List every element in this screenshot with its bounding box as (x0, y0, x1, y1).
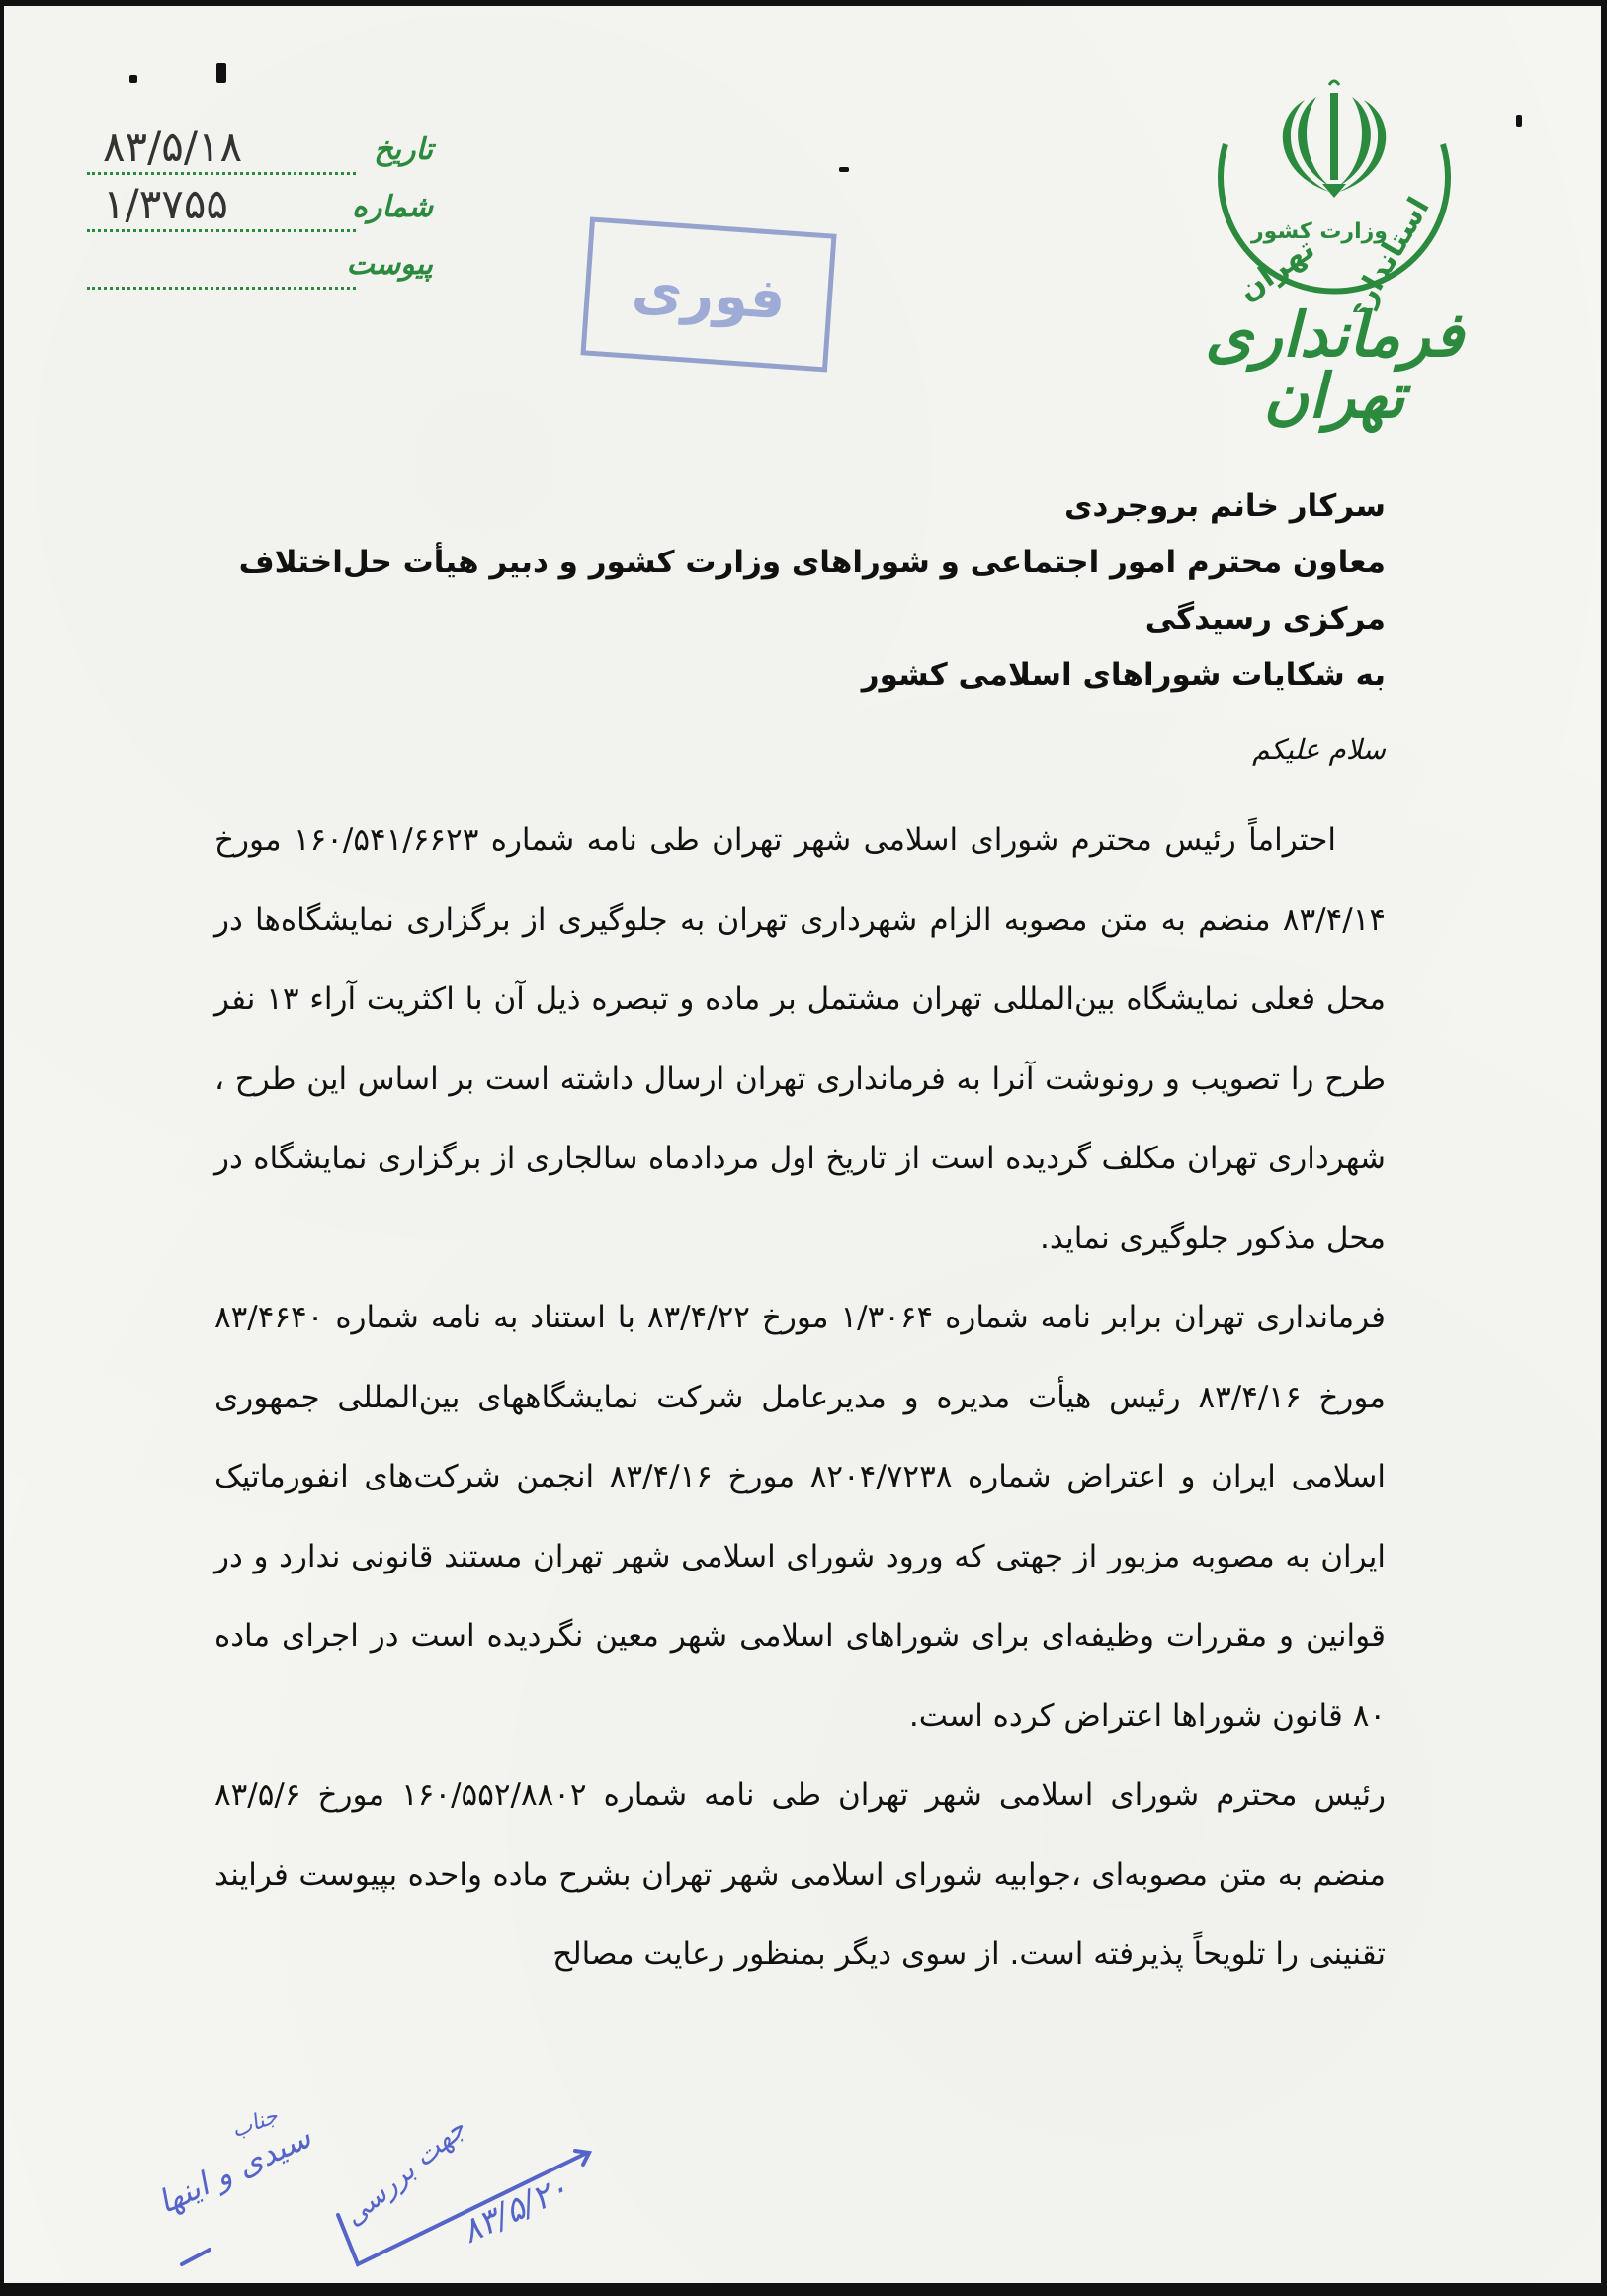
body-paragraph: فرمانداری تهران برابر نامه شماره ۱/۳۰۶۴ … (214, 1278, 1386, 1755)
dotted-line (87, 172, 356, 175)
attachment-row: پیوست (87, 247, 433, 304)
attachment-label: پیوست (347, 247, 434, 282)
body-paragraph: رئیس محترم شورای اسلامی شهر تهران طی نام… (214, 1755, 1386, 1995)
stamp-text: فوری (630, 257, 787, 332)
body-paragraph: احتراماً رئیس محترم شورای اسلامی شهر تهر… (214, 801, 1386, 1278)
handwritten-note: جناب سیدی و اینها جهت بررسی ۸۳/۵/۲۰ (142, 2101, 607, 2289)
arrow-icon (142, 2101, 607, 2289)
scan-speck (216, 63, 226, 83)
recipient-block: سرکار خانم بروجردی معاون محترم امور اجتم… (200, 478, 1386, 704)
letterhead: وزارت کشور تهران استانداری فرمانداری تهر… (1191, 75, 1478, 391)
letter-body: احتراماً رئیس محترم شورای اسلامی شهر تهر… (214, 801, 1386, 1995)
date-label: تاریخ (374, 132, 433, 167)
number-row: شماره ۱/۳۷۵۵ (87, 190, 433, 247)
letter-meta: تاریخ ۸۳/۵/۱۸ شماره ۱/۳۷۵۵ پیوست (87, 132, 433, 304)
recipient-name: سرکار خانم بروجردی (200, 478, 1386, 535)
number-label: شماره (352, 190, 433, 224)
document-page: تاریخ ۸۳/۵/۱۸ شماره ۱/۳۷۵۵ پیوست فوری (4, 6, 1601, 2283)
emblem-ministry: وزارت کشور (1250, 219, 1388, 244)
recipient-title: معاون محترم امور اجتماعی و شوراهای وزارت… (200, 535, 1386, 647)
dotted-line (87, 287, 356, 290)
urgent-stamp: فوری (580, 216, 836, 372)
scan-speck (1516, 115, 1522, 127)
greeting: سلام علیکم (1252, 733, 1386, 766)
date-value: ۸۳/۵/۱۸ (103, 123, 242, 171)
scan-speck (839, 167, 849, 172)
number-value: ۱/۳۷۵۵ (103, 180, 228, 228)
dotted-line (87, 229, 356, 232)
iran-emblem-icon: وزارت کشور تهران استانداری (1191, 75, 1478, 312)
recipient-title-cont: به شکایات شوراهای اسلامی کشور (200, 647, 1386, 704)
scan-speck (129, 75, 137, 83)
letterhead-title: فرمانداری تهران (1191, 304, 1478, 427)
